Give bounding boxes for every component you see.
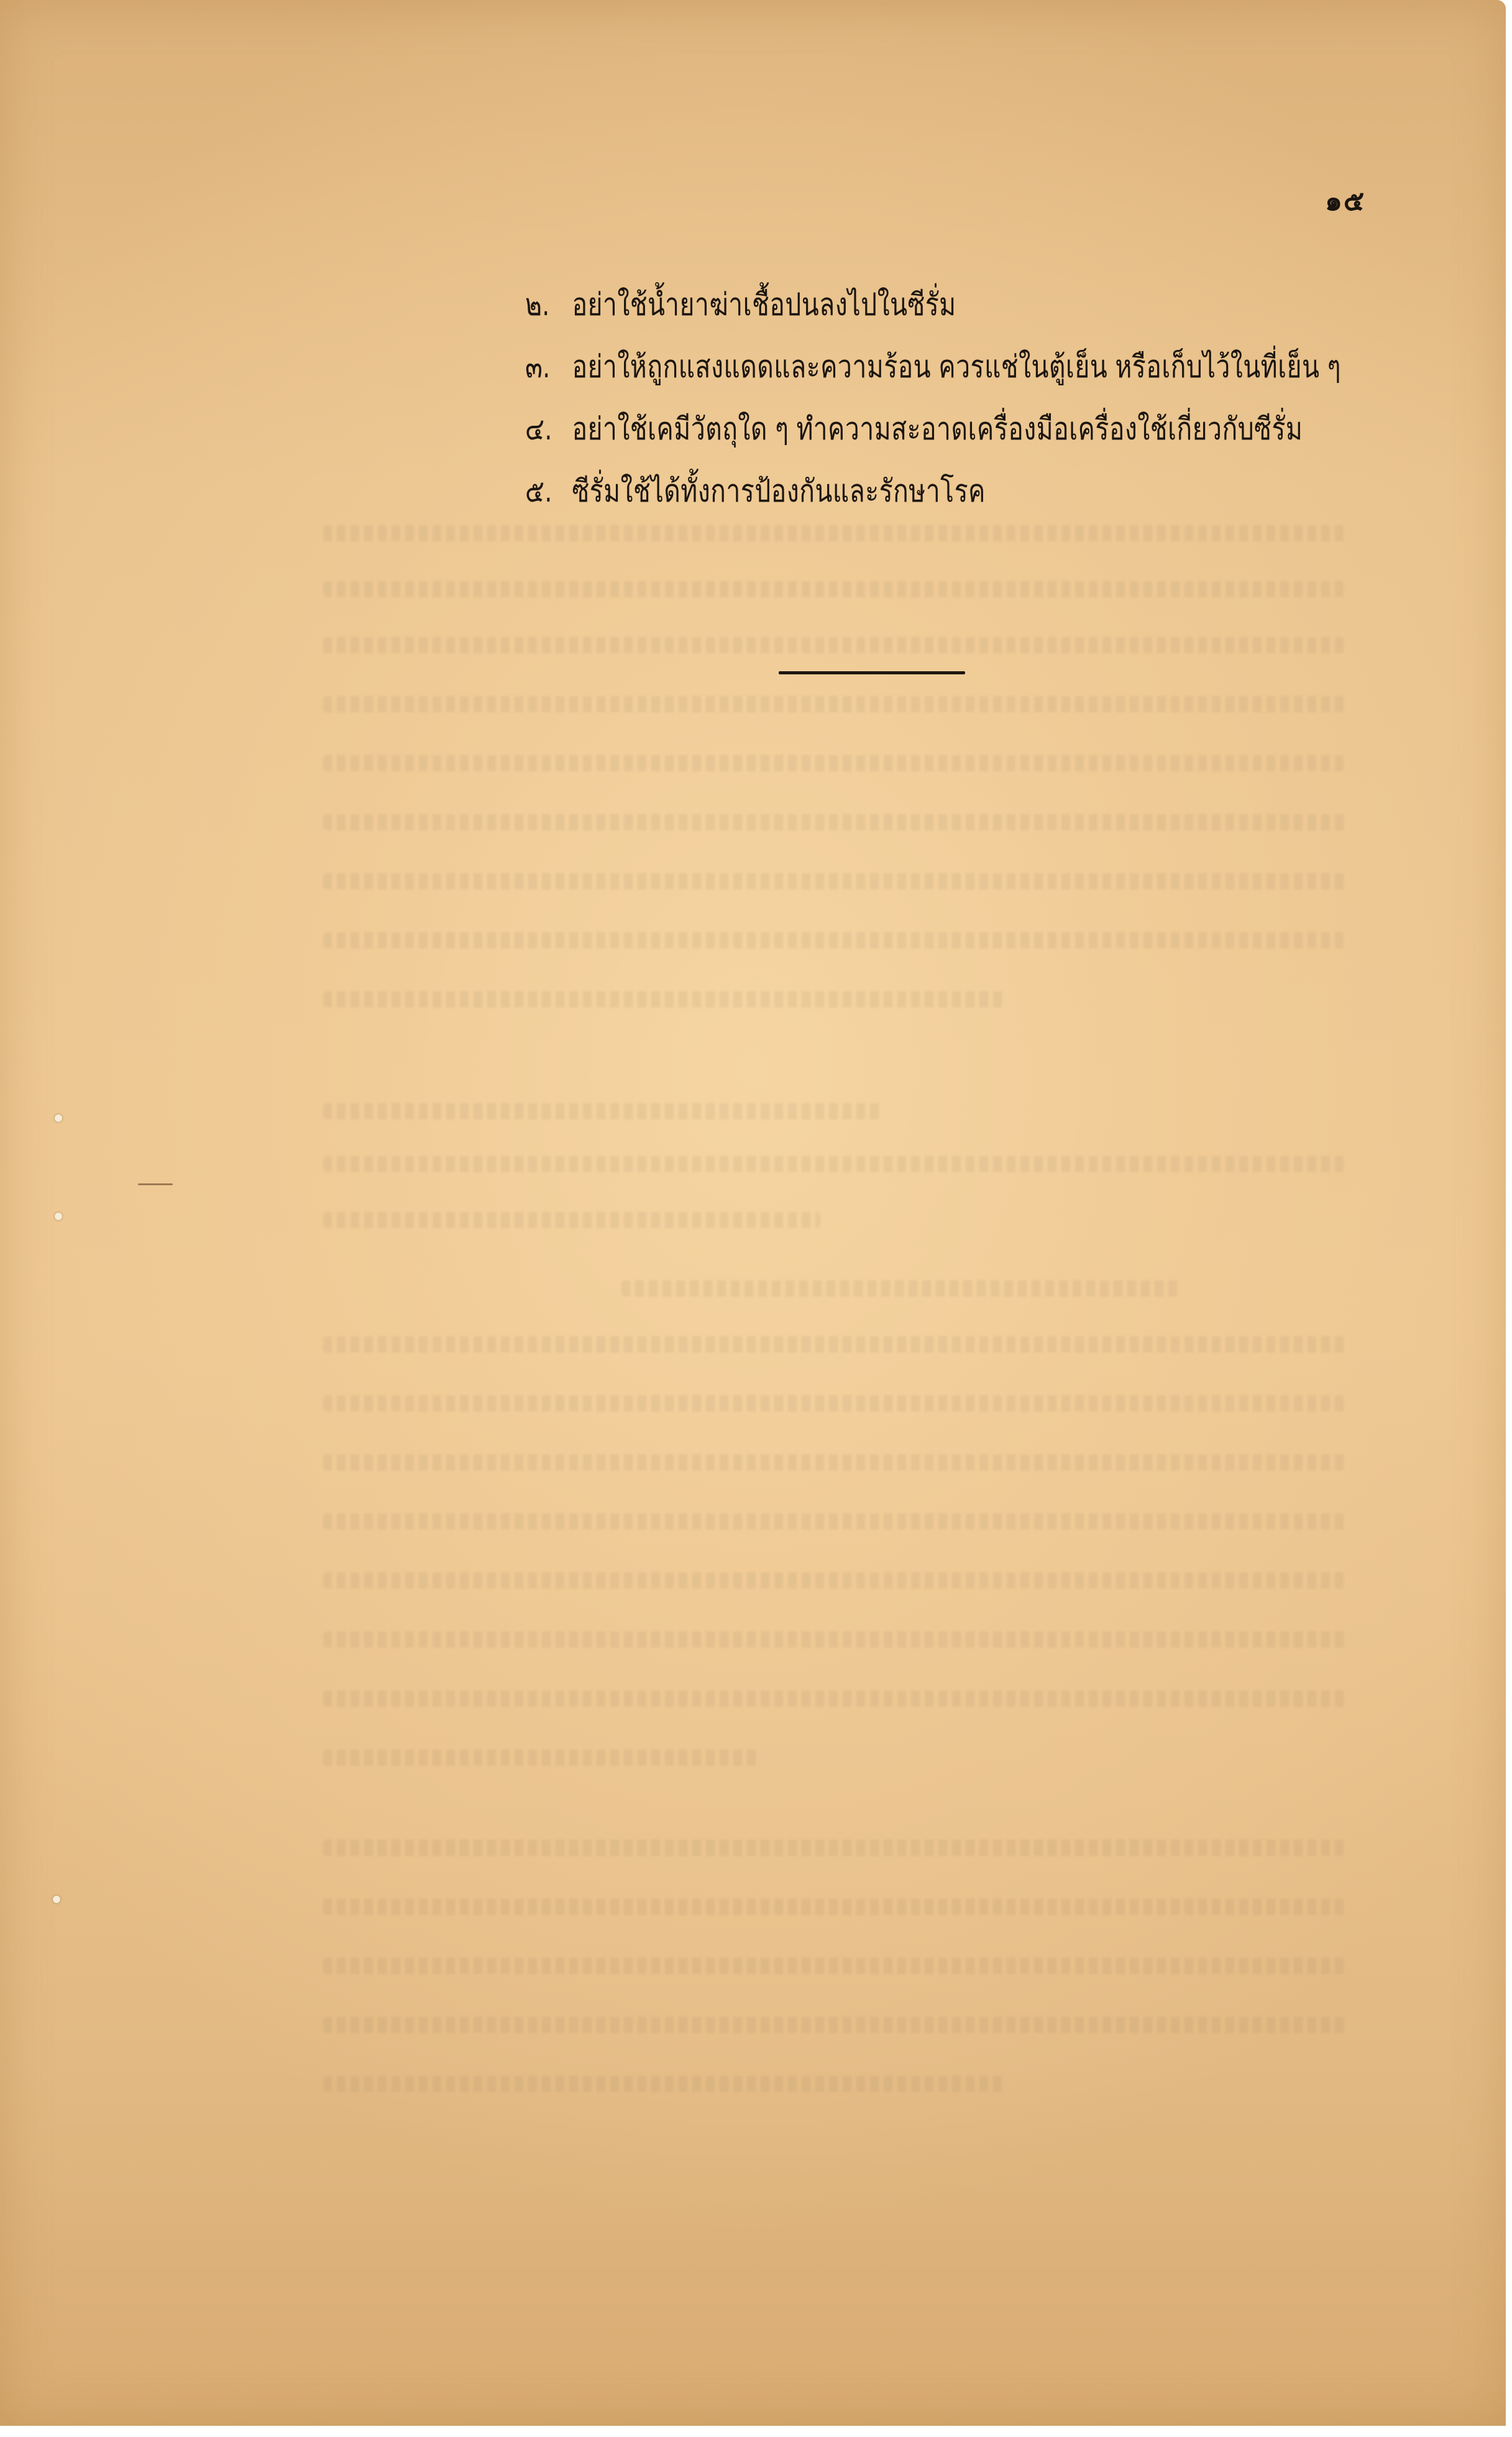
numbered-list: ๒.อย่าใช้น้ำยาฆ่าเชื้อปนลงไปในซีรั่ม ๓.อ… (525, 273, 1512, 522)
bleed-through-line (323, 932, 1349, 948)
paper-streak-mark (138, 1183, 173, 1185)
list-item: ๔.อย่าใช้เคมีวัตถุใด ๆ ทำความสะอาดเครื่อ… (525, 398, 1341, 460)
bleed-through-line (323, 1750, 758, 1766)
bleed-through-line (323, 1336, 1349, 1352)
pinhole-mark (55, 1213, 62, 1220)
list-item-text: อย่าให้ถูกแสงแดดและความร้อน ควรแช่ในตู้เ… (572, 349, 1341, 385)
list-item: ๓.อย่าให้ถูกแสงแดดและความร้อน ควรแช่ในตู… (525, 336, 1341, 398)
bleed-through-line (323, 1840, 1349, 1856)
list-item-number: ๕. (525, 460, 572, 522)
bleed-through-line (323, 696, 1349, 712)
bleed-through-line (323, 1156, 1349, 1172)
bleed-through-line (323, 873, 1349, 889)
paper-page: ๑๕ ๒.อย่าใช้น้ำยาฆ่าเชื้อปนลงไปในซีรั่ม … (0, 0, 1506, 2426)
bleed-through-line (323, 637, 1349, 653)
list-item-number: ๓. (525, 336, 572, 398)
list-item: ๕.ซีรั่มใช้ได้ทั้งการป้องกันและรักษาโรค (525, 460, 1341, 522)
bleed-through-line (323, 1454, 1349, 1471)
section-separator (779, 671, 965, 674)
bleed-through-line (323, 1212, 820, 1228)
bleed-through-line (323, 1513, 1349, 1530)
pinhole-mark (53, 1896, 60, 1903)
bleed-through-line (323, 1958, 1349, 1974)
list-item-number: ๔. (525, 398, 572, 460)
bleed-through-line (323, 991, 1007, 1007)
list-item-number: ๒. (525, 273, 572, 336)
bleed-through-line (323, 2017, 1349, 2033)
list-item-text: ซีรั่มใช้ได้ทั้งการป้องกันและรักษาโรค (572, 473, 985, 509)
bleed-through-line (323, 814, 1349, 830)
bleed-through-line (323, 525, 1349, 541)
bleed-through-line (323, 2076, 1007, 2092)
list-item: ๒.อย่าใช้น้ำยาฆ่าเชื้อปนลงไปในซีรั่ม (525, 273, 1341, 336)
bleed-through-line (323, 1103, 882, 1119)
bleed-through-line (621, 1280, 1181, 1297)
page-number: ๑๕ (1325, 179, 1365, 223)
list-item-text: อย่าใช้น้ำยาฆ่าเชื้อปนลงไปในซีรั่ม (572, 287, 956, 323)
list-item-text: อย่าใช้เคมีวัตถุใด ๆ ทำความสะอาดเครื่องม… (572, 411, 1303, 447)
pinhole-mark (55, 1114, 62, 1122)
bleed-through-line (323, 1899, 1349, 1915)
bleed-through-line (323, 1395, 1349, 1411)
bleed-through-line (323, 581, 1349, 597)
bleed-through-line (323, 755, 1349, 771)
bleed-through-line (323, 1632, 1349, 1648)
bleed-through-line (323, 1691, 1349, 1707)
bleed-through-line (323, 1572, 1349, 1589)
